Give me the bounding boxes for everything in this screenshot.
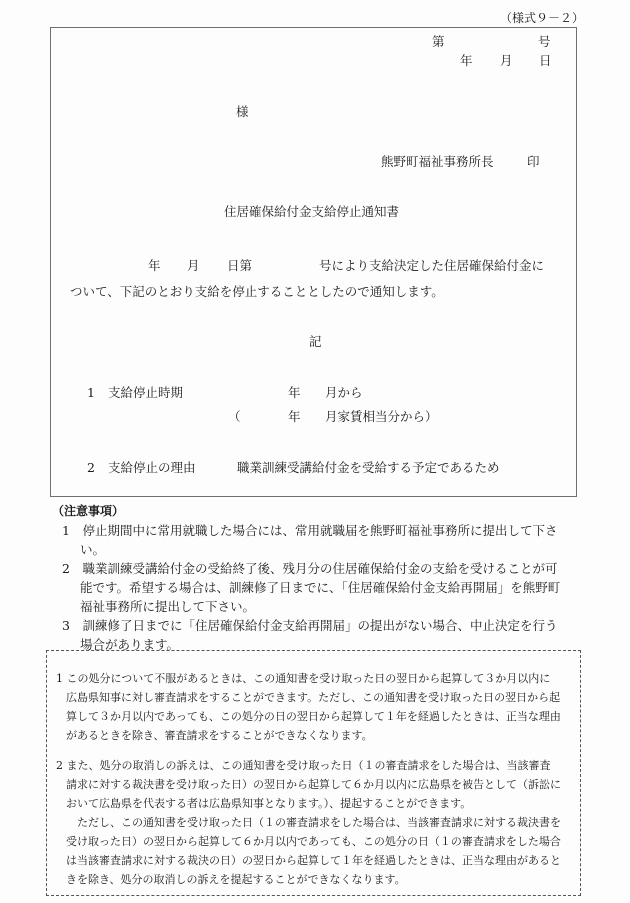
recipient-suffix: 様 (236, 106, 249, 119)
appeal-line: 請求に対する裁決書を受け取った日）の翌日から起算して６か月以内に広島県を被告とし… (66, 779, 561, 790)
note-line: 2 職業訓練受講給付金の受給終了後、残月分の住居確保給付金の支給を受けることが可 (62, 563, 557, 576)
form-number: （様式９－２） (500, 12, 584, 24)
item1-sub-open: （ (228, 411, 241, 424)
appeal-line: ただし、この通知書を受け取った日（１の審査請求をした場合は、当該審査請求に対する… (66, 817, 561, 828)
seal-mark: 印 (527, 156, 540, 169)
date-year: 年 (460, 55, 473, 68)
appeal-line: 受け取った日）の翌日から起算して６か月以内であっても、この処分の日（１の審査請求… (66, 836, 561, 847)
item1-label: 支給停止時期 (108, 387, 183, 400)
note-line: 福祉事務所に提出して下さい。 (80, 601, 255, 614)
appeal-line: があるときを除き、審査請求をすることができなくなります。 (66, 730, 373, 741)
appeal-line: 2 また、処分の取消しの訴えは、この通知書を受け取った日（１の審査請求をした場合… (56, 760, 551, 771)
ki-heading: 記 (309, 336, 322, 349)
item1-year: 年 (288, 387, 301, 400)
date-month: 月 (500, 55, 513, 68)
appeal-line: おいて広島県を代表する者は広島県知事となります。）、提起することができます。 (66, 798, 471, 809)
appeal-line: きを除き、処分の取消しの訴えを提起することができなくなります。 (66, 874, 406, 885)
body-day-dai: 日第 (227, 260, 252, 273)
document-title: 住居確保給付金支給停止通知書 (224, 206, 399, 219)
body-month: 月 (187, 260, 200, 273)
number-suffix: 号 (538, 36, 551, 49)
item2-value: 職業訓練受講給付金を受給する予定であるため (237, 462, 500, 475)
appeal-line: 1 この処分について不服があるときは、この通知書を受け取った日の翌日から起算して… (56, 673, 550, 684)
item1-month-from: 月から (325, 387, 363, 400)
issuer-name: 熊野町福祉事務所長 (381, 156, 494, 169)
body-line2: ついて、下記のとおり支給を停止することとしたので通知します。 (70, 286, 444, 299)
item1-sub-rest: 月家賃相当分から） (325, 411, 438, 424)
item2-number: 2 (87, 462, 95, 475)
number-prefix: 第 (432, 36, 445, 49)
notes-heading: （注意事項） (52, 505, 124, 517)
appeal-line: 算して３か月以内であっても、この処分の日の翌日から起算して１年を経過したときは、… (66, 711, 561, 722)
note-line: 1 停止期間中に常用就職した場合には、常用就職届を熊野町福祉事務所に提出して下さ (62, 525, 557, 538)
appeal-line: は当該審査請求に対する裁決の日）の翌日から起算して１年を経過したときは、正当な理… (66, 855, 561, 866)
note-line: 3 訓練修了日までに「住居確保給付金支給再開届」の提出がない場合、中止決定を行う (62, 620, 557, 633)
item1-sub-year: 年 (288, 411, 301, 424)
date-day: 日 (539, 55, 552, 68)
body-year: 年 (148, 260, 161, 273)
note-line: 能です。希望する場合は、訓練修了日までに、「住居確保給付金支給再開届」を熊野町 (80, 582, 560, 595)
item2-label: 支給停止の理由 (108, 462, 196, 475)
item1-number: 1 (87, 387, 95, 400)
note-line: い。 (80, 544, 105, 557)
body-line1: 号により支給決定した住居確保給付金に (319, 260, 544, 273)
appeal-line: 広島県知事に対し審査請求をすることができます。ただし、この通知書を受け取った日の… (66, 692, 560, 703)
